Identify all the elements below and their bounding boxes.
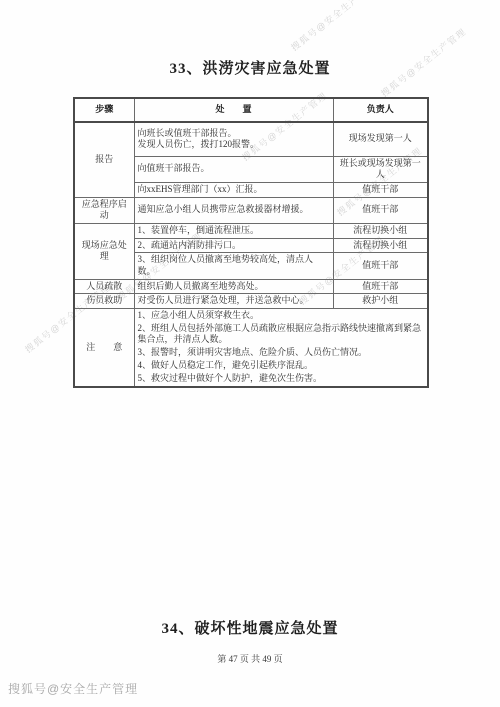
table-row-notes: 注 意 1、应急小组人员须穿救生衣。 2、班组人员包括外部施工人员疏散应根据应急… bbox=[74, 309, 428, 388]
note-line: 2、班组人员包括外部施工人员疏散应根据应急指示路线快速撤离到紧急集合点，并清点人… bbox=[138, 323, 425, 346]
table-row-procedure-start: 应急程序启动 通知应急小组人员携带应急救援器材增援。 值班干部 bbox=[74, 197, 428, 223]
note-line: 3、报警时，须讲明灾害地点、危险介质、人员伤亡情况。 bbox=[138, 347, 425, 359]
cell-action-report-2: 向值班干部报告。 bbox=[134, 156, 333, 182]
cell-owner-report-3: 值班干部 bbox=[333, 182, 428, 197]
header-owner: 负责人 bbox=[333, 98, 428, 122]
table-row-onsite-1: 现场应急处理 1、装置停车，倒通流程泄压。 流程切换小组 bbox=[74, 223, 428, 238]
cell-owner-procedure: 值班干部 bbox=[333, 197, 428, 223]
cell-owner-evacuation: 值班干部 bbox=[333, 279, 428, 294]
cell-step-procedure: 应急程序启动 bbox=[74, 197, 134, 223]
header-action: 处 置 bbox=[134, 98, 333, 122]
note-line: 4、做好人员稳定工作，避免引起秩序混乱。 bbox=[138, 360, 425, 372]
cell-owner-onsite-1: 流程切换小组 bbox=[333, 223, 428, 238]
header-step: 步骤 bbox=[74, 98, 134, 122]
table-row-evacuation: 人员疏散 组织后勤人员撤离至地势高处。 值班干部 bbox=[74, 279, 428, 294]
section-title-flood: 33、洪涝灾害应急处置 bbox=[0, 57, 500, 78]
cell-action-rescue: 对受伤人员进行紧急处理，并送急救中心。 bbox=[134, 294, 333, 309]
table-header-row: 步骤 处 置 负责人 bbox=[74, 98, 428, 122]
document-page: 搜狐号@安全生产管理 搜狐号@安全生产管理 搜狐号@安全生产管理 搜狐号@安全生… bbox=[0, 0, 500, 707]
cell-notes: 1、应急小组人员须穿救生衣。 2、班组人员包括外部施工人员疏散应根据应急指示路线… bbox=[134, 309, 428, 388]
cell-step-onsite: 现场应急处理 bbox=[74, 223, 134, 279]
cell-action-onsite-3: 3、组织岗位人员撤离至地势较高处，清点人数。 bbox=[134, 253, 333, 279]
note-line: 5、救灾过程中做好个人防护，避免次生伤害。 bbox=[138, 373, 425, 385]
section-title-earthquake: 34、破坏性地震应急处置 bbox=[0, 617, 500, 638]
note-line: 1、应急小组人员须穿救生衣。 bbox=[138, 310, 425, 322]
emergency-response-table: 步骤 处 置 负责人 报告 向班长或值班干部报告。 发现人员伤亡，拨打120报警… bbox=[73, 97, 429, 388]
cell-action-evacuation: 组织后勤人员撤离至地势高处。 bbox=[134, 279, 333, 294]
cell-step-evacuation: 人员疏散 bbox=[74, 279, 134, 294]
cell-owner-onsite-2: 流程切换小组 bbox=[333, 238, 428, 253]
action-line: 向班长或值班干部报告。 bbox=[138, 128, 330, 140]
diagonal-watermark: 搜狐号@安全生产管理 bbox=[288, 0, 379, 54]
cell-step-notes: 注 意 bbox=[74, 309, 134, 388]
cell-owner-onsite-3: 值班干部 bbox=[333, 253, 428, 279]
action-line: 发现人员伤亡，拨打120报警。 bbox=[138, 139, 330, 151]
cell-action-procedure: 通知应急小组人员携带应急救援器材增援。 bbox=[134, 197, 333, 223]
cell-owner-report-2: 班长或现场发现第一人 bbox=[333, 156, 428, 182]
sohu-watermark: 搜狐号@安全生产管理 bbox=[8, 680, 138, 697]
cell-action-report-3: 向xxEHS管理部门（xx）汇报。 bbox=[134, 182, 333, 197]
cell-step-report: 报告 bbox=[74, 122, 134, 197]
cell-owner-report-1: 现场发现第一人 bbox=[333, 122, 428, 156]
cell-action-onsite-1: 1、装置停车，倒通流程泄压。 bbox=[134, 223, 333, 238]
page-number: 第 47 页 共 49 页 bbox=[0, 652, 500, 665]
cell-action-onsite-2: 2、疏通站内消防排污口。 bbox=[134, 238, 333, 253]
table-row-rescue: 伤员救助 对受伤人员进行紧急处理，并送急救中心。 救护小组 bbox=[74, 294, 428, 309]
table-row-report-1: 报告 向班长或值班干部报告。 发现人员伤亡，拨打120报警。 现场发现第一人 bbox=[74, 122, 428, 156]
cell-owner-rescue: 救护小组 bbox=[333, 294, 428, 309]
cell-action-report-1: 向班长或值班干部报告。 发现人员伤亡，拨打120报警。 bbox=[134, 122, 333, 156]
cell-step-rescue: 伤员救助 bbox=[74, 294, 134, 309]
